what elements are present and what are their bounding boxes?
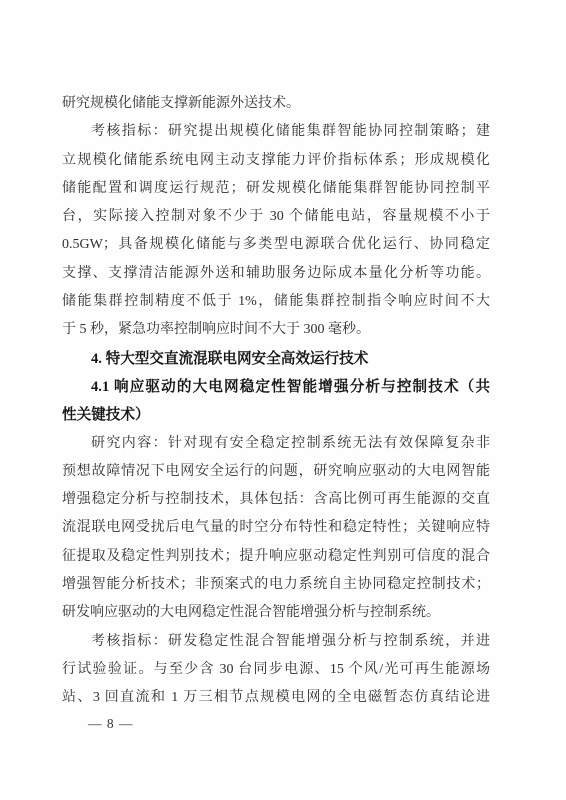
- page-number: — 8 —: [88, 716, 134, 732]
- text-line: 支撑、支撑清洁能源外送和辅助服务边际成本量化分析等功能。: [62, 260, 490, 288]
- text-line: 4.1 响应驱动的大电网稳定性智能增强分析与控制技术（共: [62, 373, 490, 401]
- text-line: 性关键技术）: [62, 401, 490, 429]
- text-line: 研究规模化储能支撑新能源外送技术。: [62, 90, 490, 118]
- text-line: 考核指标：研发稳定性混合智能增强分析与控制系统，并进: [62, 628, 490, 656]
- text-line: 台，实际接入控制对象不少于 30 个储能电站，容量规模不小于: [62, 203, 490, 231]
- text-line: 4. 特大型交直流混联电网安全高效运行技术: [62, 345, 490, 373]
- text-line: 预想故障情况下电网安全运行的问题，研究响应驱动的大电网智能: [62, 458, 490, 486]
- page-body-text: 研究规模化储能支撑新能源外送技术。考核指标：研究提出规模化储能集群智能协同控制策…: [62, 90, 490, 713]
- text-line: 储能配置和调度运行规范；研发规模化储能集群智能协同控制平: [62, 175, 490, 203]
- text-line: 流混联电网受扰后电气量的时空分布特性和稳定特性；关键响应特: [62, 514, 490, 542]
- text-line: 研究内容：针对现有安全稳定控制系统无法有效保障复杂非: [62, 430, 490, 458]
- text-line: 研发响应驱动的大电网稳定性混合智能增强分析与控制系统。: [62, 599, 490, 627]
- text-line: 于 5 秒，紧急功率控制响应时间不大于 300 毫秒。: [62, 316, 490, 344]
- text-line: 0.5GW；具备规模化储能与多类型电源联合优化运行、协同稳定: [62, 231, 490, 259]
- text-line: 储能集群控制精度不低于 1%，储能集群控制指令响应时间不大: [62, 288, 490, 316]
- text-line: 行试验验证。与至少含 30 台同步电源、15 个风/光可再生能源场: [62, 656, 490, 684]
- text-line: 增强稳定分析与控制技术，具体包括：含高比例可再生能源的交直: [62, 486, 490, 514]
- text-line: 站、3 回直流和 1 万三相节点规模电网的全电磁暂态仿真结论进: [62, 684, 490, 712]
- document-page: 研究规模化储能支撑新能源外送技术。考核指标：研究提出规模化储能集群智能协同控制策…: [0, 0, 566, 800]
- text-line: 征提取及稳定性判别技术；提升响应驱动稳定性判别可信度的混合: [62, 543, 490, 571]
- text-line: 立规模化储能系统电网主动支撑能力评价指标体系；形成规模化: [62, 147, 490, 175]
- text-line: 考核指标：研究提出规模化储能集群智能协同控制策略；建: [62, 118, 490, 146]
- text-line: 增强智能分析技术；非预案式的电力系统自主协同稳定控制技术；: [62, 571, 490, 599]
